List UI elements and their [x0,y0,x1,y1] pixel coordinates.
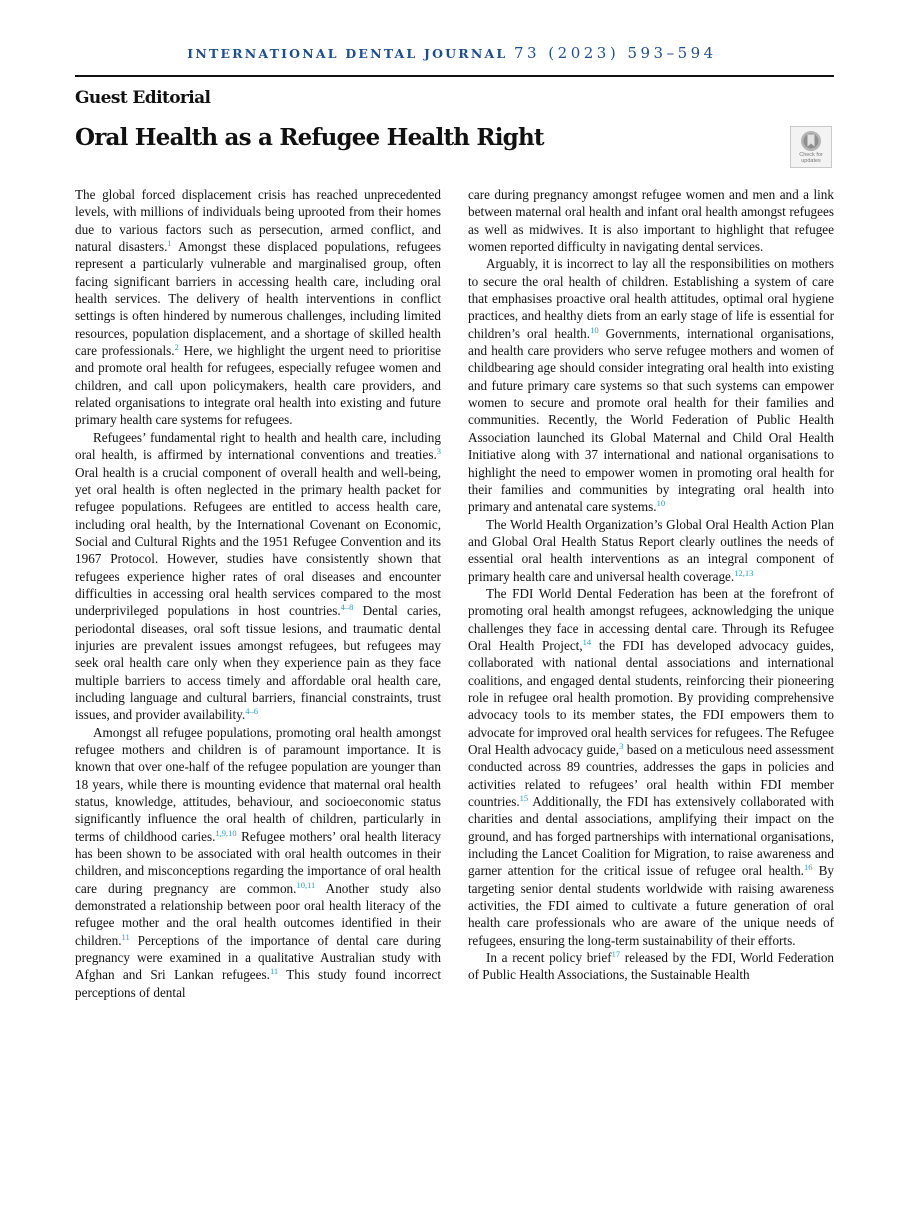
citation-link[interactable]: 10,11 [296,880,315,890]
body-paragraph: Amongst all refugee populations, promoti… [75,724,441,1002]
citation-link[interactable]: 1,9,10 [215,828,236,838]
body-column-left: The global forced displacement crisis ha… [75,186,441,1001]
citation-link[interactable]: 11 [270,966,278,976]
citation-link[interactable]: 12,13 [734,568,753,578]
body-paragraph: The FDI World Dental Federation has been… [468,585,834,949]
header-divider [75,75,834,77]
crossmark-label: Check for updates [799,153,823,164]
running-head: INTERNATIONAL DENTAL JOURNAL 73 (2023) 5… [0,44,904,62]
citation-link[interactable]: 4–8 [341,602,354,612]
body-column-right: care during pregnancy amongst refugee wo… [468,186,834,984]
citation-link[interactable]: 4–6 [245,706,258,716]
citation-link[interactable]: 1 [167,238,171,248]
body-paragraph: The World Health Organization’s Global O… [468,516,834,585]
citation-link[interactable]: 2 [175,342,179,352]
body-paragraph: Refugees’ fundamental right to health an… [75,429,441,724]
citation-link[interactable]: 10 [657,498,666,508]
article-title: Oral Health as a Refugee Health Right [75,124,544,151]
citation-link[interactable]: 3 [619,741,623,751]
section-label: Guest Editorial [75,88,210,108]
body-paragraph: In a recent policy brief17 released by t… [468,949,834,984]
citation-link[interactable]: 17 [612,949,621,959]
volume-year-pages: 73 (2023) 593–594 [514,44,717,62]
body-paragraph: care during pregnancy amongst refugee wo… [468,186,834,255]
journal-name: INTERNATIONAL DENTAL JOURNAL [187,46,507,61]
citation-link[interactable]: 15 [520,793,529,803]
citation-link[interactable]: 14 [583,637,592,647]
citation-link[interactable]: 10 [590,325,599,335]
body-paragraph: Arguably, it is incorrect to lay all the… [468,255,834,515]
citation-link[interactable]: 3 [437,446,441,456]
citation-link[interactable]: 16 [804,862,813,872]
crossmark-bookmark-icon [800,130,822,152]
check-for-updates-button[interactable]: Check for updates [790,126,832,168]
body-paragraph: The global forced displacement crisis ha… [75,186,441,429]
citation-link[interactable]: 11 [122,932,130,942]
